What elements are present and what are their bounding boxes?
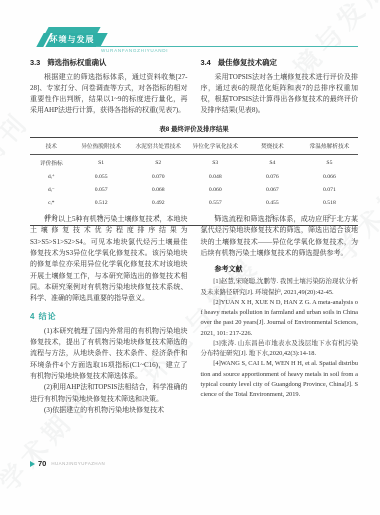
table-cell: S5	[301, 154, 358, 170]
table-column-header: 水泥窑共处置技术	[130, 138, 187, 155]
table-cell: 0.518	[301, 196, 358, 209]
journal-title: 环境与发展	[40, 33, 104, 47]
table-cell: 0.455	[244, 196, 301, 209]
section-number: 3.4	[201, 58, 211, 67]
section-3-3-heading: 3.3筛选指标权重确认	[30, 57, 188, 68]
table-row: 评价指标S1S2S3S4S5	[30, 154, 358, 170]
table-cell: 0.070	[130, 171, 187, 184]
reference-item: [2]YUAN X H, XUE N D, HAN Z G. A meta-an…	[201, 298, 359, 339]
reference-item: [1]赵慧,宋晓聪,沈鹏等. 我国土壤污染防治现状分析及未来路径研究[J]. 环…	[201, 277, 359, 298]
table-column-header: 异位化学氧化技术	[187, 138, 244, 155]
references-list: [1]赵慧,宋晓聪,沈鹏等. 我国土壤污染防治现状分析及未来路径研究[J]. 环…	[201, 277, 359, 400]
conclusion-heading: 4 结论	[30, 311, 188, 322]
conclusion-list: (1)本研究梳理了国内外常用的有机物污染地块修复技术，提出了有机物污染地块修复技…	[30, 326, 188, 417]
header-rule	[96, 46, 358, 47]
table-row: cᵢ*0.5120.4920.5570.4550.518	[30, 196, 358, 209]
discussion-paragraph: 针对以上5种有机物污染土壤修复技术，本地块土壤修复技术优劣程度排序结果为S3>S…	[30, 214, 188, 305]
section-number: 3.3	[30, 58, 40, 67]
column-pinyin: WURANFANGZHIYUANDI	[101, 48, 168, 53]
table-column-header: 异位热脱附技术	[73, 138, 130, 155]
table-cell: 0.512	[73, 196, 130, 209]
table-cell: 0.557	[187, 196, 244, 209]
table-row: dᵢ⁻0.0570.0680.0600.0670.071	[30, 183, 358, 196]
page-footer: 70 HUANJINGYUFAZHAN	[30, 459, 105, 468]
conclusion-item: (1)本研究梳理了国内外常用的有机物污染地块修复技术，提出了有机物污染地块修复技…	[30, 326, 188, 383]
table-column-header: 焚烧技术	[244, 138, 301, 155]
section-3-4-heading: 3.4最佳修复技术确定	[201, 57, 359, 68]
section-title: 最佳修复技术确定	[218, 58, 277, 67]
table-8-header: 技术异位热脱附技术水泥窑共处置技术异位化学氧化技术焚烧技术常温热解析技术	[30, 138, 358, 155]
section-3-4-paragraph: 采用TOPSIS法对各土壤修复技术进行评价及排序，通过表6的规范化矩阵和表7的总…	[201, 72, 359, 117]
conclusion-item: (3)依据建立的有机物污染地块修复技术	[30, 405, 188, 416]
page-number: 70	[38, 459, 46, 468]
bottom-columns: 针对以上5种有机物污染土壤修复技术，本地块土壤修复技术优劣程度排序结果为S3>S…	[30, 214, 358, 416]
journal-title-banner: 环境与发展	[36, 33, 107, 47]
table-cell: cᵢ*	[30, 196, 73, 209]
table-8-block: 表8 最终评价及排序结果 技术异位热脱附技术水泥窑共处置技术异位化学氧化技术焚烧…	[30, 124, 358, 226]
table-cell: 0.076	[244, 171, 301, 184]
section-3-3-paragraph: 根据建立的筛选指标体系，通过资料收集[27-28]、专家打分、问卷调查等方式，对…	[30, 72, 188, 117]
column-right-top: 3.4最佳修复技术确定 采用TOPSIS法对各土壤修复技术进行评价及排序，通过表…	[201, 57, 359, 117]
table-column-header: 常温热解析技术	[301, 138, 358, 155]
application-paragraph: 筛选流程和筛选指标体系，成功应用于北方某氯代烃污染地块修复技术的筛选，筛选出适合…	[201, 214, 359, 259]
table-cell: 0.048	[187, 171, 244, 184]
column-right-bottom: 筛选流程和筛选指标体系，成功应用于北方某氯代烃污染地块修复技术的筛选，筛选出适合…	[201, 214, 359, 416]
table-cell: 0.067	[244, 183, 301, 196]
table-cell: dᵢ⁻	[30, 183, 73, 196]
table-cell: S2	[130, 154, 187, 170]
reference-item: [3]张涛. 山东昌邑市地表水及浅层地下水有机污染分布特征研究[J]. 地下水,…	[201, 339, 359, 360]
table-cell: 0.492	[130, 196, 187, 209]
footer-journal-pinyin: HUANJINGYUFAZHAN	[51, 461, 105, 466]
table-column-header: 技术	[30, 138, 73, 155]
table-cell: S4	[244, 154, 301, 170]
table-8-title: 表8 最终评价及排序结果	[30, 124, 358, 133]
top-columns: 3.3筛选指标权重确认 根据建立的筛选指标体系，通过资料收集[27-28]、专家…	[30, 57, 358, 117]
references-heading: 参考文献	[201, 264, 359, 274]
journal-page: 环境与发展学术期刊环境与发展学术期刊期刊 环境与发展 WURANFANGZHIY…	[0, 0, 380, 515]
table-cell: S3	[187, 154, 244, 170]
reference-item: [4]WANG S, CAI L M, WEN H H, et al. Spat…	[201, 359, 359, 400]
table-cell: dᵢ⁺	[30, 171, 73, 184]
section-title: 筛选指标权重确认	[47, 58, 106, 67]
table-cell: 0.071	[301, 183, 358, 196]
table-cell: 0.068	[130, 183, 187, 196]
conclusion-item: (2)利用AHP法和TOPSIS法相结合，科学准确的进行有机物污染地块修复技术筛…	[30, 382, 188, 405]
table-cell: 0.055	[73, 171, 130, 184]
page-number-arrow-icon	[30, 461, 35, 467]
table-cell: S1	[73, 154, 130, 170]
table-cell: 评价指标	[30, 154, 73, 170]
table-row: dᵢ⁺0.0550.0700.0480.0760.066	[30, 171, 358, 184]
column-left-top: 3.3筛选指标权重确认 根据建立的筛选指标体系，通过资料收集[27-28]、专家…	[30, 57, 188, 117]
table-cell: 0.060	[187, 183, 244, 196]
table-cell: 0.066	[301, 171, 358, 184]
column-left-bottom: 针对以上5种有机物污染土壤修复技术，本地块土壤修复技术优劣程度排序结果为S3>S…	[30, 214, 188, 416]
table-8: 技术异位热脱附技术水泥窑共处置技术异位化学氧化技术焚烧技术常温热解析技术 评价指…	[30, 137, 358, 226]
table-cell: 0.057	[73, 183, 130, 196]
